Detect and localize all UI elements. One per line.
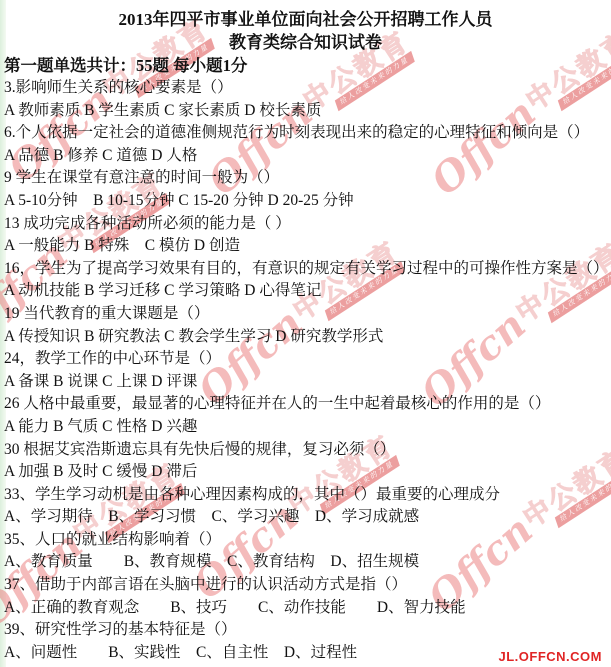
exam-content: 2013年四平市事业单位面向社会公开招聘工作人员 教育类综合知识试卷 第一题单选… [0,0,611,664]
exam-title: 2013年四平市事业单位面向社会公开招聘工作人员 [4,8,607,31]
options-line: A 加强 B 及时 C 缓慢 D 滞后 [4,461,607,484]
options-line: A 能力 B 气质 C 性格 D 兴趣 [4,416,607,439]
question-line: 16，学生为了提高学习效果有目的，有意识的规定有关学习过程中的可操作性方案是（） [4,258,607,281]
options-line: A 传授知识 B 研究教法 C 教会学生学习 D 研究教学形式 [4,326,607,349]
footer-site-watermark: JL.OFFCN.COM [499,649,603,664]
options-line: A、教育质量 B、教育规模 C、教育结构 D、招生规模 [4,551,607,574]
section-instruction: 第一题单选共计：55题 每小题1分 [4,54,607,77]
options-line: A 品德 B 修养 C 道德 D 人格 [4,145,607,168]
question-line: 33、学生学习动机是由各种心理因素构成的，其中（）最重要的心理成分 [4,484,607,507]
question-line: 9 学生在课堂有意注意的时间一般为（） [4,167,607,190]
question-line: 26 人格中最重要，最显著的心理特征并在人的一生中起着最核心的作用的是（） [4,393,607,416]
options-line: A 5-10分钟 B 10-15分钟 C 15-20 分钟 D 20-25 分钟 [4,190,607,213]
options-line: A 备课 B 说课 C 上课 D 评课 [4,371,607,394]
question-line: 35、人口的就业结构影响着（） [4,529,607,552]
options-line: A 一般能力 B 特殊 C 模仿 D 创造 [4,235,607,258]
options-line: A 动机技能 B 学习迁移 C 学习策略 D 心得笔记 [4,280,607,303]
question-line: 24，教学工作的中心环节是（） [4,348,607,371]
options-line: A 教师素质 B 学生素质 C 家长素质 D 校长素质 [4,100,607,123]
question-line: 30 根据艾宾浩斯遗忘具有先快后慢的规律，复习必须（） [4,439,607,462]
exam-subtitle: 教育类综合知识试卷 [4,31,607,54]
question-line: 37、借助于内部言语在头脑中进行的认识活动方式是指（） [4,574,607,597]
question-line: 13 成功完成各种活动所必须的能力是（ ） [4,213,607,236]
question-line: 6.个人依据一定社会的道德准侧规范行为时刻表现出来的稳定的心理特征和倾向是（） [4,122,607,145]
options-line: A、正确的教育观念 B、技巧 C、动作技能 D、智力技能 [4,597,607,620]
question-line: 19 当代教育的重大课题是（） [4,303,607,326]
question-line: 39、研究性学习的基本特征是（） [4,619,607,642]
options-line: A、学习期待 B、学习习惯 C、学习兴趣 D、学习成就感 [4,506,607,529]
question-line: 3.影响师生关系的核心要素是（） [4,77,607,100]
exam-paper-page: { "header": { "title_line1": "2013年四平市事业… [0,0,611,667]
